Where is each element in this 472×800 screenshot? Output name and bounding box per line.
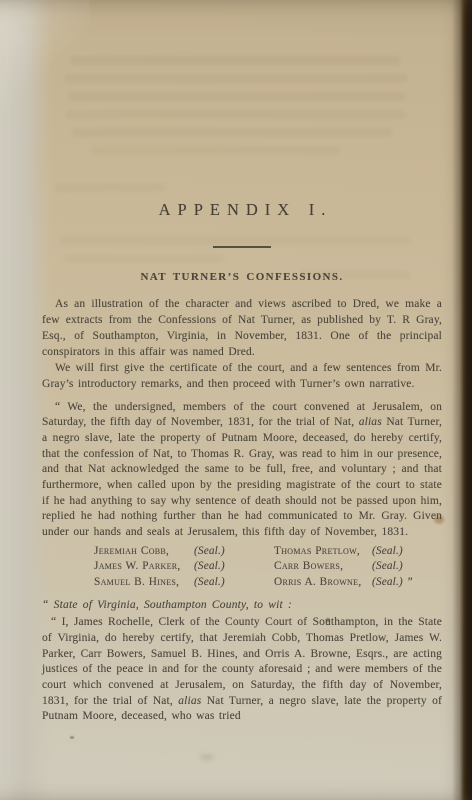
signer-name: Jeremiah Cobb,	[94, 544, 194, 560]
page-text-block: APPENDIX I. NAT TURNER’S CONFESSIONS. As…	[42, 200, 442, 725]
seal-label: (Seal.)	[372, 544, 442, 560]
certificate-alias-italic: alias	[359, 416, 382, 428]
jurat-line: “ State of Virginia, Southampton County,…	[42, 598, 442, 614]
paragraph-clerk-certification: “ I, James Rochelle, Clerk of the County…	[42, 615, 442, 725]
paragraph-court-certificate: “ We, the undersigned, members of the co…	[42, 400, 442, 541]
paper-smudge	[200, 754, 214, 760]
ink-speck	[70, 736, 74, 739]
signer-name: James W. Parker,	[94, 559, 194, 575]
paragraph-intro-1-text: As an illustration of the character and …	[42, 298, 442, 358]
bleedthrough-line	[90, 146, 340, 155]
section-divider-rule	[213, 246, 271, 248]
bleedthrough-line	[66, 110, 406, 119]
paragraph-intro-2: We will first give the certificate of th…	[42, 360, 442, 392]
seal-label: (Seal.)	[194, 575, 274, 591]
signer-name: Carr Bowers,	[274, 559, 372, 575]
seal-label: (Seal.) ”	[372, 575, 442, 591]
paragraph-intro-1: As an illustration of the character and …	[42, 296, 442, 360]
seal-label: (Seal.)	[372, 559, 442, 575]
scanned-book-page: APPENDIX I. NAT TURNER’S CONFESSIONS. As…	[0, 0, 472, 800]
bleedthrough-line	[68, 92, 406, 101]
paragraph-intro-2-text: We will first give the certificate of th…	[42, 362, 442, 390]
page-corner-highlight	[0, 0, 90, 110]
bleedthrough-line	[72, 128, 392, 137]
signer-name: Samuel B. Hines,	[94, 575, 194, 591]
section-heading: NAT TURNER’S CONFESSIONS.	[42, 270, 442, 284]
seal-label: (Seal.)	[194, 544, 274, 560]
signer-name: Thomas Pretlow,	[274, 544, 372, 560]
signature-block: Jeremiah Cobb, (Seal.) Thomas Pretlow, (…	[94, 544, 442, 591]
seal-label: (Seal.)	[194, 559, 274, 575]
page-title: APPENDIX I.	[42, 200, 442, 220]
bleedthrough-line	[70, 56, 400, 65]
bleedthrough-line	[64, 74, 408, 83]
clerk-text-start: “ I, James Rochelle, Clerk of the County…	[42, 616, 442, 707]
certificate-text-end: Nat Turner, a negro slave, late the prop…	[42, 416, 442, 538]
bleedthrough-line	[55, 183, 165, 192]
signer-name: Orris A. Browne,	[274, 575, 372, 591]
clerk-alias-italic: alias	[178, 695, 201, 707]
